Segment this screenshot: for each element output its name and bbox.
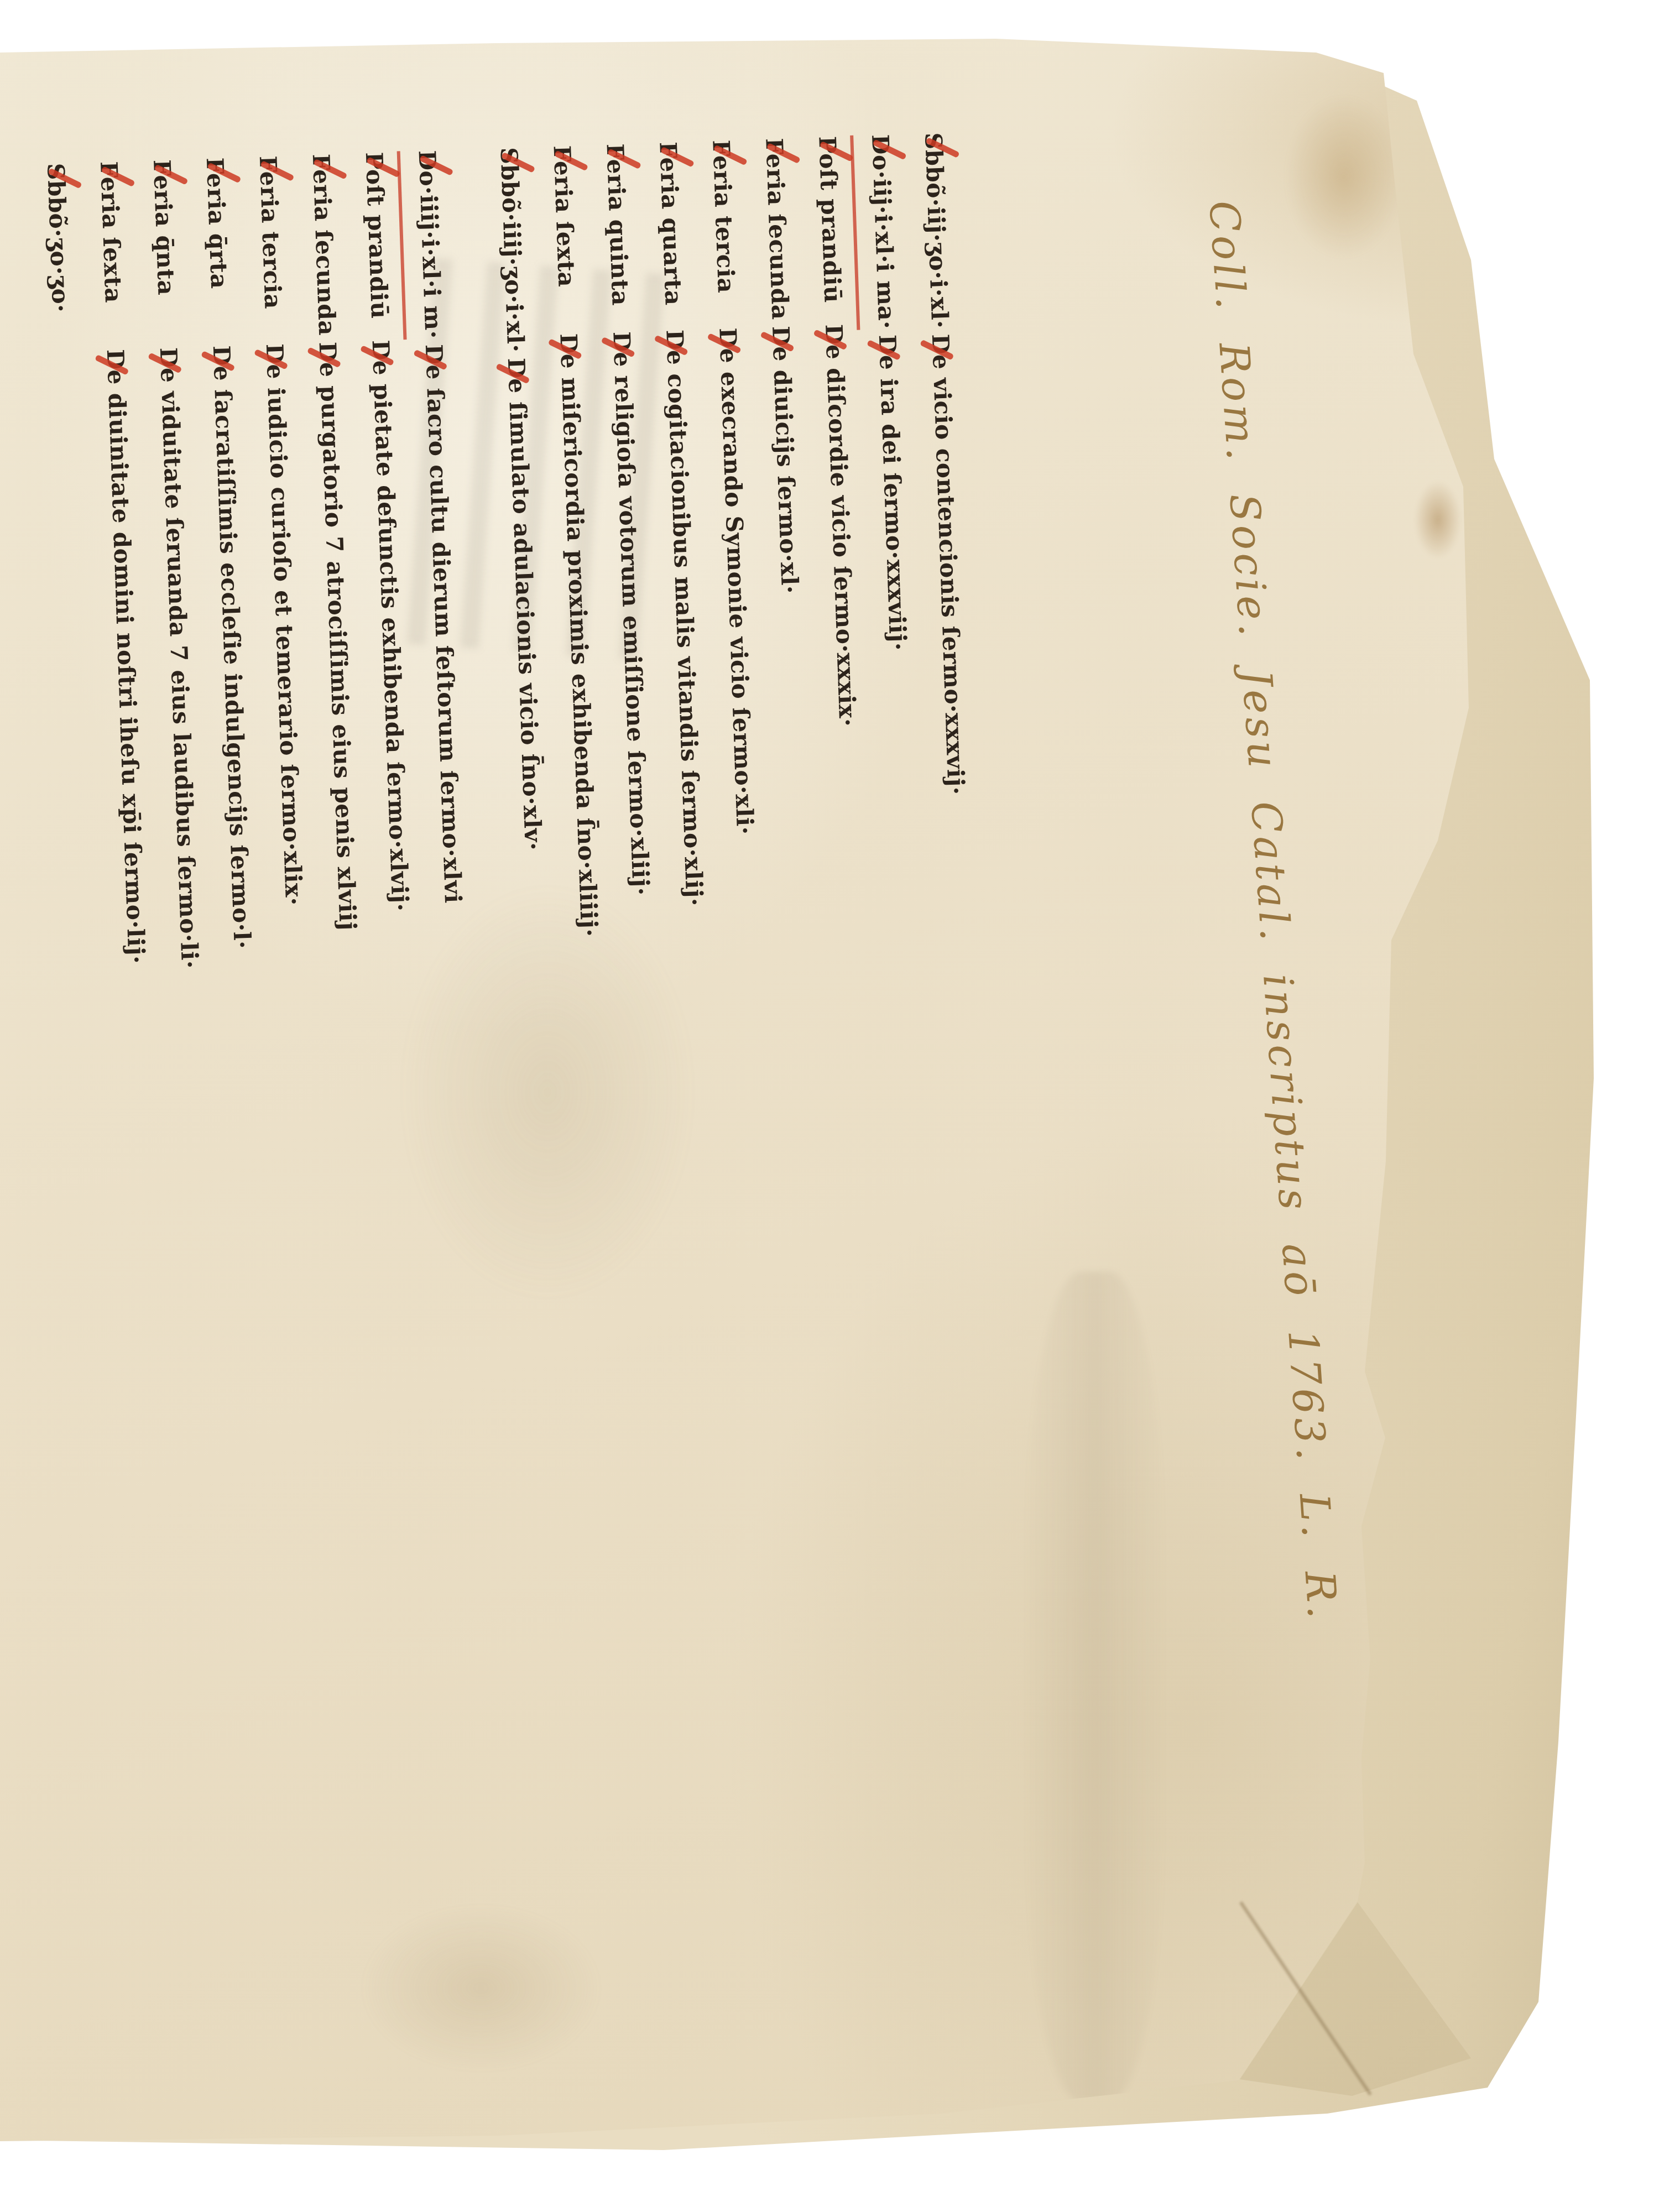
crease-shadow xyxy=(1023,1272,1167,2101)
day-label: Feria ſecunda xyxy=(294,153,354,343)
sermon-title: De execrando Symonie vicio ſermo·xli· xyxy=(714,327,759,835)
day-label: Feria quarta xyxy=(641,141,701,331)
day-label: Sbbõ·ʒo·ʒo· xyxy=(29,162,87,313)
day-label: Sbbõ·iiij·ʒo·i·xl· xyxy=(482,147,542,353)
sermon-title: De ira dei ſermo·xxxviij· xyxy=(874,334,912,651)
sermon-title xyxy=(48,317,75,319)
sermon-title: De diuicijs ſermo·xl· xyxy=(767,326,804,594)
day-label: Do·iij·i·xl·i ma· xyxy=(850,133,913,330)
sermon-title: De pietate defunctis exhibenda ſermo·xlv… xyxy=(367,340,414,912)
sermon-title: De viduitate ſeruanda 7 eius laudibus ſe… xyxy=(155,347,204,969)
sermon-title: De purgatorio 7 atrociſſimis eius penis … xyxy=(314,341,362,931)
day-label: Sbbõ·iij·ʒo·i·xl· xyxy=(906,132,966,330)
sermon-title: De miſericordia proximis exhibenda ſ̄no·… xyxy=(555,333,603,937)
photo-background: Sbbõ·iij·ʒo·i·xl·De vicio contencionis ſ… xyxy=(0,0,1659,2212)
day-label: Feria quinta xyxy=(588,143,648,332)
day-label: Feria q̄rta xyxy=(188,156,248,346)
day-label: Feria q̄nta xyxy=(135,159,195,348)
sermon-title: De cogitacionibus malis vitandis ſermo·x… xyxy=(661,329,708,906)
printed-index-block: Sbbõ·iij·ʒo·i·xl·De vicio contencionis ſ… xyxy=(29,132,988,973)
sermon-title: De iudicio curioſo et temerario ſermo·xl… xyxy=(261,343,307,906)
sermon-title: De diuinitate domini noſtri iheſu xp̄i ſ… xyxy=(102,349,150,964)
day-label: Poſt prandiū xyxy=(800,135,860,325)
day-label: Do·iiij·i·xl·i m· xyxy=(397,149,460,340)
library-inscription: Coll. Rom. Socie. Jesu Catal. inscriptus… xyxy=(1199,199,1346,1623)
day-label: Feria ſecunda xyxy=(747,137,807,327)
day-label: Feria tercia xyxy=(241,155,301,345)
day-label: Poſt prandiū xyxy=(347,151,407,341)
sermon-title: De religioſa votorum emiſſione ſermo·xli… xyxy=(608,331,655,896)
day-label: Feria ſexta xyxy=(82,160,142,350)
sermon-title: De ſacro cultu dierum feſtorum ſermo·xlv… xyxy=(420,344,467,904)
sermon-title: De diſcordie vicio ſermo·xxxix· xyxy=(820,324,861,727)
sermon-title: De ſimulato adulacionis vicio ſ̄no·xlv· xyxy=(503,357,547,851)
bottom-stain xyxy=(310,1869,653,2107)
day-label: Feria ſexta xyxy=(535,144,594,334)
sermon-title: De ſacratiſſimis eccleſie indulgencijs ſ… xyxy=(208,345,256,950)
sermon-title: De vicio contencionis ſermo·xxxvij· xyxy=(927,333,970,795)
edge-stain xyxy=(1405,465,1471,575)
day-label: Feria tercia xyxy=(694,139,754,328)
